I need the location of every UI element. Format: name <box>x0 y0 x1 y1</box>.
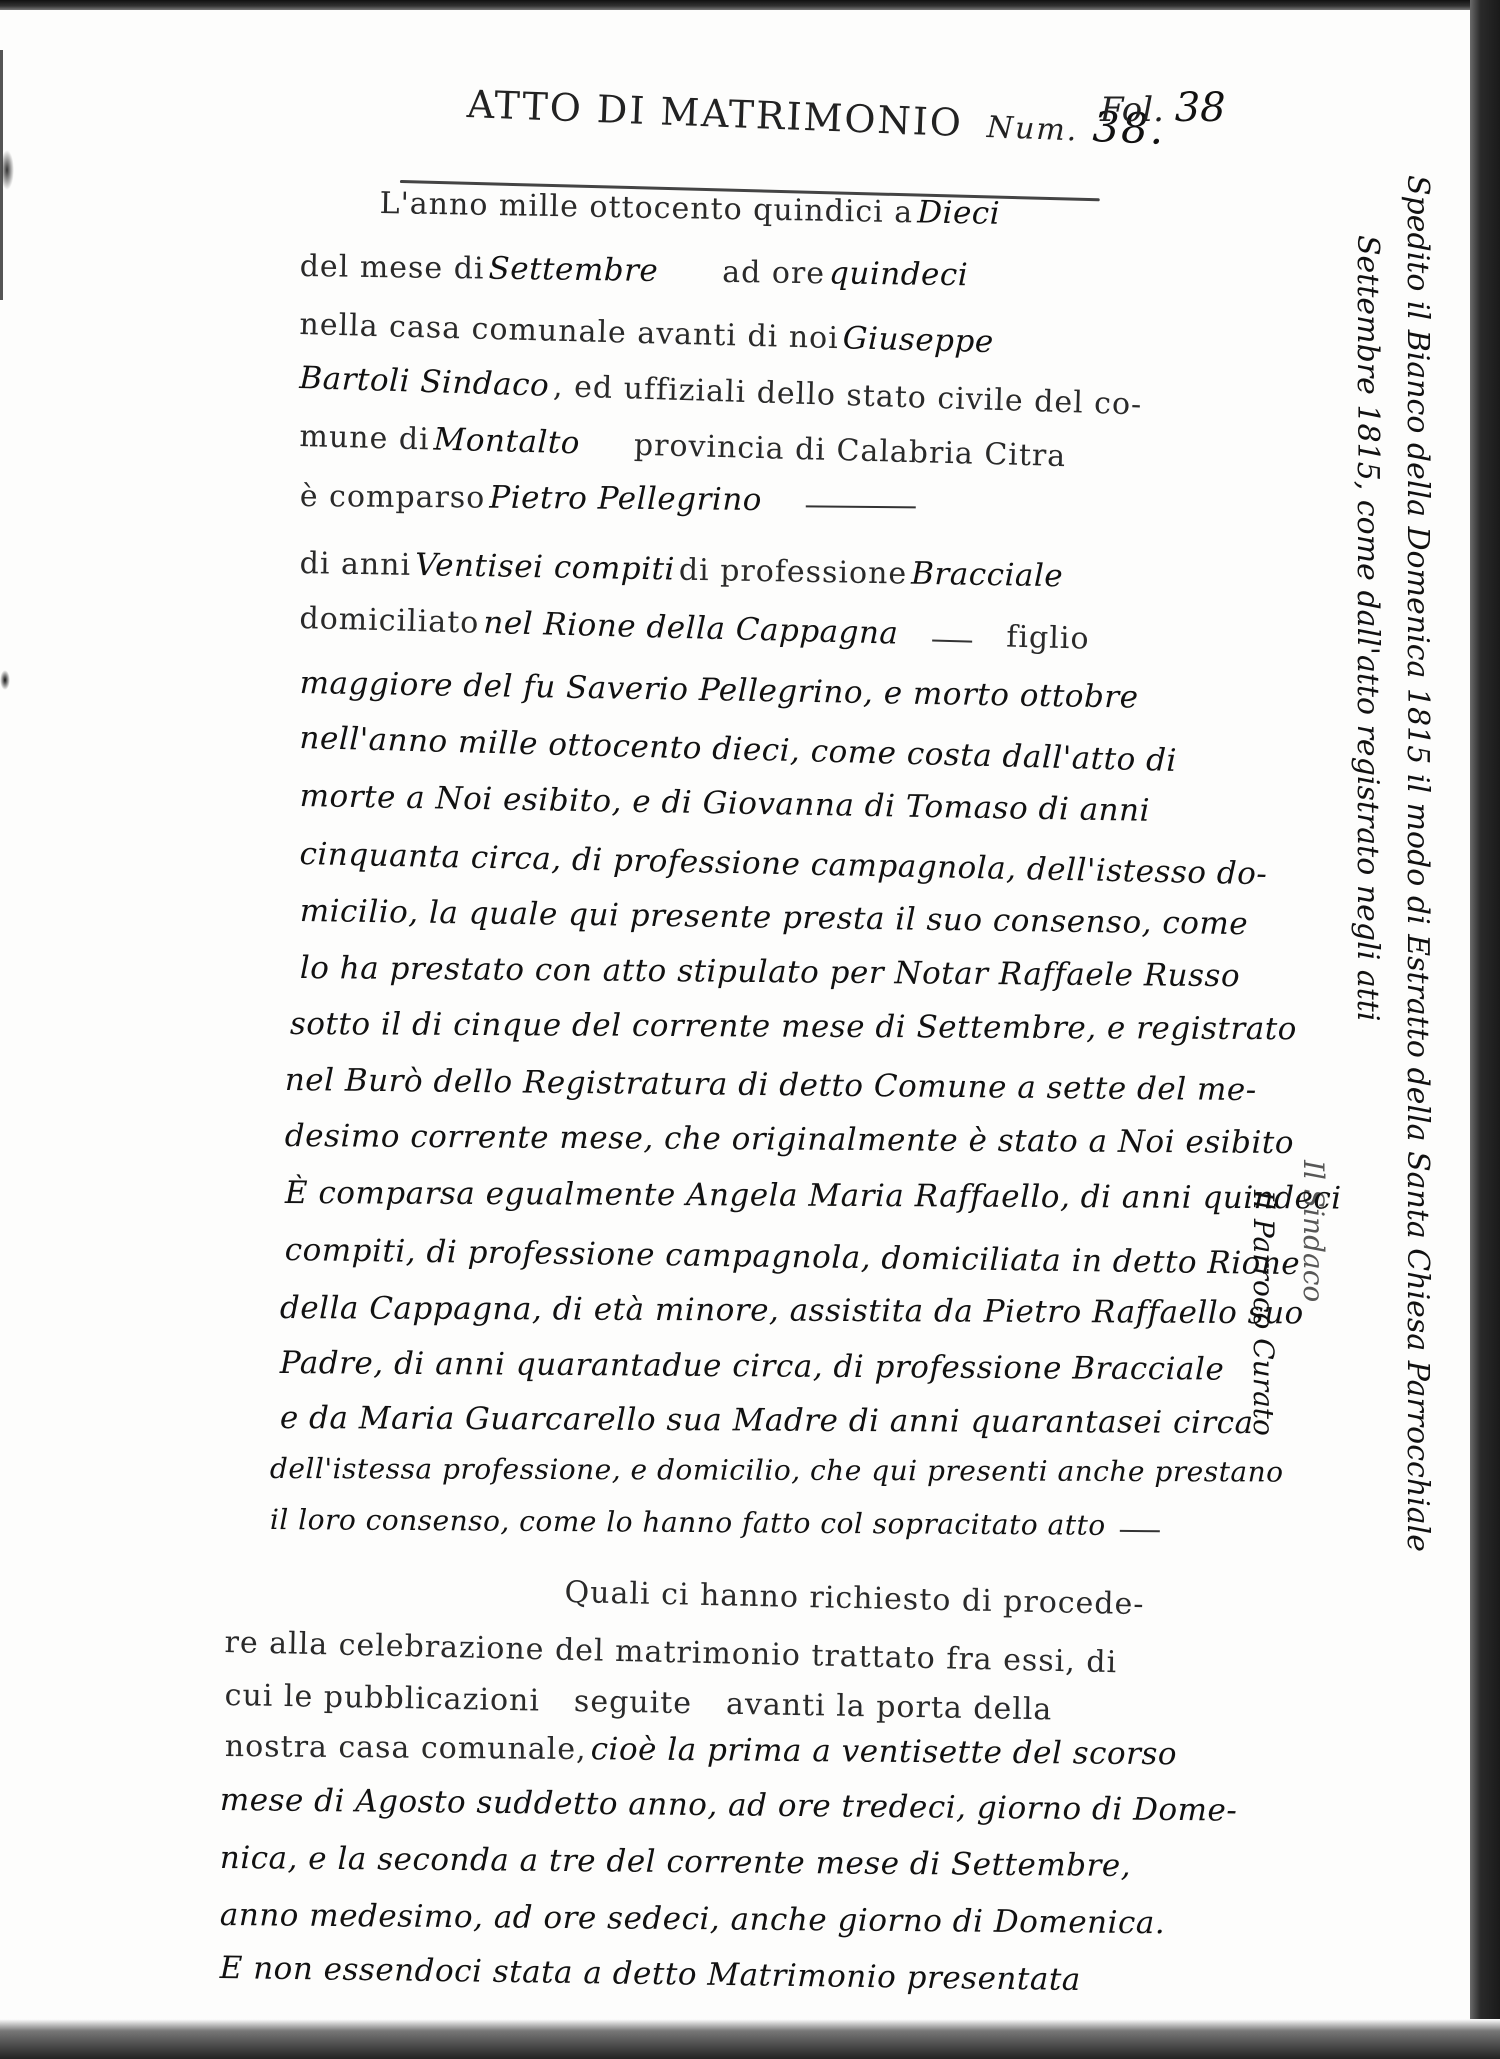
margin-signature: Il Parroco Curato <box>1247 1190 1280 1436</box>
body-line: mune di Montalto provincia di Calabria C… <box>299 418 1067 474</box>
printed-line: Quali ci hanno richiesto di procede- <box>564 1575 1145 1622</box>
record-title: ATTO DI MATRIMONIO Num. 38. <box>466 78 1166 154</box>
printed-text: mune di <box>299 419 430 457</box>
margin-annotation-line: Spedito il Bianco della Domenica 1815 il… <box>1400 175 1435 1552</box>
printed-text: figlio <box>1006 620 1090 657</box>
handwritten-line: desimo corrente mese, che originalmente … <box>285 1118 1294 1161</box>
handwritten-line: il loro consenso, come lo hanno fatto co… <box>270 1503 1106 1542</box>
handwritten-line: cinquanta circa, di professione campagno… <box>299 836 1267 892</box>
printed-text: nella casa comunale avanti di noi <box>299 307 839 356</box>
fill-dash <box>932 640 972 643</box>
handwritten-line: nel Burò dello Registratura di detto Com… <box>285 1062 1257 1108</box>
printed-text: di anni <box>299 546 411 583</box>
body-line: il loro consenso, come lo hanno fatto co… <box>270 1503 1160 1542</box>
handwritten-day: Dieci <box>917 194 1001 231</box>
handwritten-name: Bartoli Sindaco <box>299 360 550 404</box>
printed-text: è comparso <box>300 479 486 516</box>
handwritten-age: Ventisei compiti <box>415 547 675 588</box>
handwritten-line: della Cappagna, di età minore, assistita… <box>280 1290 1304 1331</box>
body-line: cui le pubblicazioni seguite avanti la p… <box>224 1678 1052 1727</box>
handwritten-line: lo ha prestato con atto stipulato per No… <box>300 950 1241 994</box>
body-line: del mese di Settembre ad ore quindeci <box>299 248 968 293</box>
body-line: nella casa comunale avanti di noi Giusep… <box>299 306 994 360</box>
page-top-edge <box>0 0 1500 10</box>
scanned-page: ATTO DI MATRIMONIO Num. 38. Fol. 38 L'an… <box>0 0 1500 2059</box>
handwritten-month: Settembre <box>488 251 658 289</box>
handwritten-line: compiti, di professione campagnola, domi… <box>284 1232 1300 1282</box>
printed-text: di professione <box>679 553 908 592</box>
body-line: nostra casa comunale, cioè la prima a ve… <box>225 1728 1177 1772</box>
book-binding-edge <box>1470 0 1500 2059</box>
printed-text: ad ore <box>722 255 825 291</box>
fill-dash <box>1120 1530 1160 1532</box>
handwritten-line: sotto il di cinque del corrente mese di … <box>290 1006 1297 1047</box>
body-line: domiciliato nel Rione della Cappagna fig… <box>299 600 1090 657</box>
handwritten-line: e da Maria Guarcarello sua Madre di anni… <box>280 1400 1254 1441</box>
fill-dash <box>806 506 916 509</box>
handwritten-line: nell'anno mille ottocento dieci, come co… <box>299 720 1177 779</box>
handwritten-line: dell'istessa professione, e domicilio, c… <box>270 1452 1284 1489</box>
record-title-text: ATTO DI MATRIMONIO <box>466 82 964 145</box>
handwritten-line: micilio, la quale qui presente presta il… <box>299 893 1248 942</box>
printed-text: seguite <box>574 1684 693 1721</box>
body-line: è comparso Pietro Pellegrino <box>300 478 916 519</box>
printed-text: provincia di Calabria Citra <box>633 428 1066 474</box>
handwritten-groom-name: Pietro Pellegrino <box>489 480 762 518</box>
printed-line: re alla celebrazione del matrimonio trat… <box>224 1625 1117 1680</box>
handwritten-line: nica, e la seconda a tre del corrente me… <box>220 1840 1132 1884</box>
folio-label: Fol. <box>1100 90 1164 130</box>
folio: Fol. 38 <box>1100 85 1226 131</box>
handwritten-name: Giuseppe <box>842 320 994 360</box>
printed-text: del mese di <box>299 249 484 287</box>
page-bottom-edge <box>0 2019 1500 2059</box>
handwritten-text: cioè la prima a ventisette del scorso <box>591 1731 1178 1772</box>
record-number-label: Num. <box>986 110 1079 148</box>
handwritten-line: morte a Noi esibito, e di Giovanna di To… <box>299 778 1150 829</box>
handwritten-line: E non essendoci stata a detto Matrimonio… <box>219 1950 1081 1998</box>
printed-text: , ed uffiziali dello stato civile del co… <box>553 369 1143 422</box>
handwritten-hour: quindeci <box>829 255 969 293</box>
body-line: di anni Ventisei compiti di professione … <box>299 545 1063 594</box>
body-line: L'anno mille ottocento quindici a Dieci <box>379 185 1000 232</box>
margin-annotation-line: Settembre 1815, come dall'atto registrat… <box>1350 235 1385 1021</box>
printed-text: domiciliato <box>299 601 480 641</box>
handwritten-town: Montalto <box>433 422 580 462</box>
binding-mark <box>0 670 10 690</box>
body-line: Bartoli Sindaco , ed uffiziali dello sta… <box>299 360 1143 422</box>
printed-text: avanti la porta della <box>726 1687 1053 1728</box>
handwritten-profession: Bracciale <box>911 556 1064 595</box>
handwritten-line: Padre, di anni quarantadue circa, di pro… <box>280 1345 1225 1388</box>
handwritten-line: mese di Agosto suddetto anno, ad ore tre… <box>220 1782 1238 1829</box>
printed-text: cui le pubblicazioni <box>224 1678 540 1718</box>
printed-text: L'anno mille ottocento quindici a <box>379 186 913 230</box>
binding-mark <box>0 150 14 190</box>
handwritten-line: È comparsa egualmente Angela Maria Raffa… <box>285 1175 1342 1217</box>
handwritten-line: anno medesimo, ad ore sedeci, anche gior… <box>220 1897 1166 1941</box>
printed-text: nostra casa comunale, <box>225 1729 587 1767</box>
handwritten-domicile: nel Rione della Cappagna <box>483 605 899 652</box>
handwritten-line: maggiore del fu Saverio Pellegrino, e mo… <box>299 665 1138 716</box>
folio-value: 38 <box>1175 85 1226 131</box>
margin-signature: Il Sindaco <box>1297 1160 1330 1302</box>
